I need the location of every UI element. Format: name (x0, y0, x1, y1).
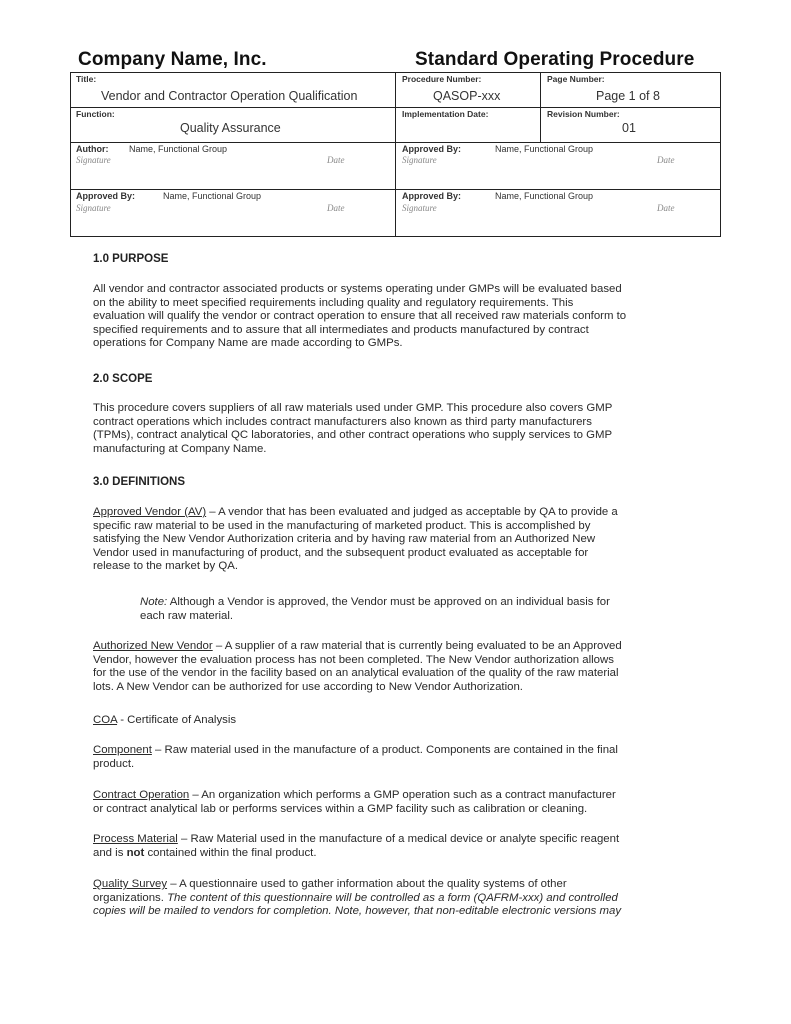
implementation-date-label: Implementation Date: (402, 109, 488, 119)
text-line: specific raw material to be used in the … (93, 520, 705, 534)
section-heading-scope: 2.0 SCOPE (93, 373, 152, 385)
page-number-value: Page 1 of 8 (596, 89, 660, 103)
approver-signature-field[interactable]: Signature (76, 203, 111, 213)
text-line: on the ability to meet specified require… (93, 297, 705, 311)
definition-term: Component (93, 744, 152, 756)
title-label: Title: (76, 74, 96, 84)
author-name: Name, Functional Group (129, 144, 227, 154)
text-line: for the use of the vendor in the facilit… (93, 667, 705, 681)
approver-name: Name, Functional Group (495, 144, 593, 154)
approver-date-field[interactable]: Date (657, 203, 675, 213)
definition-text: – Raw material used in the manufacture o… (152, 744, 618, 756)
definition-text: – A supplier of a raw material that is c… (213, 640, 622, 652)
definition-term: Process Material (93, 833, 178, 845)
function-value: Quality Assurance (180, 121, 281, 135)
definition-contract-operation: Contract Operation – An organization whi… (93, 789, 705, 816)
definition-text: – A questionnaire used to gather informa… (167, 878, 567, 890)
note-text: Although a Vendor is approved, the Vendo… (167, 596, 610, 608)
text-line: satisfying the New Vendor Authorization … (93, 533, 705, 547)
definition-text: organizations. (93, 892, 167, 904)
text-line: Vendor used in manufacturing of product,… (93, 547, 705, 561)
section-heading-definitions: 3.0 DEFINITIONS (93, 476, 185, 488)
approved-vendor-note: Note: Although a Vendor is approved, the… (140, 596, 710, 623)
text-line: or contract analytical lab or performs s… (93, 803, 705, 817)
definition-text: contained within the final product. (144, 847, 316, 859)
text-line: organizations. The content of this quest… (93, 892, 705, 906)
text-line: Authorized New Vendor – A supplier of a … (93, 640, 705, 654)
function-label: Function: (76, 109, 115, 119)
definition-component: Component – Raw material used in the man… (93, 744, 705, 771)
text-line: Component – Raw material used in the man… (93, 744, 705, 758)
approver-name: Name, Functional Group (163, 191, 261, 201)
revision-number-value: 01 (622, 121, 636, 135)
approver-name: Name, Functional Group (495, 191, 593, 201)
page-number-label: Page Number: (547, 74, 605, 84)
definition-quality-survey: Quality Survey – A questionnaire used to… (93, 878, 705, 919)
procedure-number-label: Procedure Number: (402, 74, 481, 84)
company-name: Company Name, Inc. (78, 49, 267, 71)
approver-signature-field[interactable]: Signature (402, 155, 437, 165)
text-line: evaluation will qualify the vendor or co… (93, 310, 705, 324)
approver-label: Approved By: (402, 191, 461, 201)
author-date-field[interactable]: Date (327, 155, 345, 165)
document-page: Company Name, Inc. Standard Operating Pr… (0, 0, 791, 1024)
text-line: Contract Operation – An organization whi… (93, 789, 705, 803)
purpose-paragraph: All vendor and contractor associated pro… (93, 283, 705, 351)
text-line: each raw material. (140, 610, 710, 624)
text-line: specified requirements and to assure tha… (93, 324, 705, 338)
text-line: This procedure covers suppliers of all r… (93, 402, 705, 416)
text-line: operations for Company Name are made acc… (93, 337, 705, 351)
text-line: COA - Certificate of Analysis (93, 714, 705, 728)
author-label: Author: (76, 144, 109, 154)
definition-term: Approved Vendor (AV) (93, 506, 206, 518)
title-value: Vendor and Contractor Operation Qualific… (101, 89, 357, 103)
text-line: All vendor and contractor associated pro… (93, 283, 705, 297)
text-line: (TPMs), contract analytical QC laborator… (93, 429, 705, 443)
definition-term: COA (93, 714, 117, 726)
text-line: lots. A New Vendor can be authorized for… (93, 681, 705, 695)
document-type: Standard Operating Procedure (415, 49, 694, 71)
table-divider (395, 72, 396, 237)
approver-date-field[interactable]: Date (657, 155, 675, 165)
text-line: Quality Survey – A questionnaire used to… (93, 878, 705, 892)
text-line: product. (93, 758, 705, 772)
definition-coa: COA - Certificate of Analysis (93, 714, 705, 728)
text-line: copies will be mailed to vendors for com… (93, 905, 705, 919)
definition-text: – An organization which performs a GMP o… (189, 789, 616, 801)
definition-process-material: Process Material – Raw Material used in … (93, 833, 705, 860)
definition-term: Authorized New Vendor (93, 640, 213, 652)
author-signature-field[interactable]: Signature (76, 155, 111, 165)
italic-text: The content of this questionnaire will b… (167, 892, 618, 904)
approver-signature-field[interactable]: Signature (402, 203, 437, 213)
text-line: Vendor, however the evaluation process h… (93, 654, 705, 668)
revision-number-label: Revision Number: (547, 109, 620, 119)
emphasis-text: not (127, 847, 145, 859)
procedure-number-value: QASOP-xxx (433, 89, 500, 103)
text-line: Note: Although a Vendor is approved, the… (140, 596, 710, 610)
section-heading-purpose: 1.0 PURPOSE (93, 253, 168, 265)
definition-term: Quality Survey (93, 878, 167, 890)
scope-paragraph: This procedure covers suppliers of all r… (93, 402, 705, 456)
text-line: Process Material – Raw Material used in … (93, 833, 705, 847)
definition-term: Contract Operation (93, 789, 189, 801)
text-line: and is not contained within the final pr… (93, 847, 705, 861)
text-line: release to the market by QA. (93, 560, 705, 574)
definition-approved-vendor: Approved Vendor (AV) – A vendor that has… (93, 506, 705, 574)
definition-text: - Certificate of Analysis (117, 714, 236, 726)
table-divider (540, 72, 541, 142)
definition-text: – A vendor that has been evaluated and j… (206, 506, 618, 518)
note-label: Note: (140, 596, 167, 608)
approver-label: Approved By: (402, 144, 461, 154)
approver-label: Approved By: (76, 191, 135, 201)
definition-authorized-new-vendor: Authorized New Vendor – A supplier of a … (93, 640, 705, 694)
approver-date-field[interactable]: Date (327, 203, 345, 213)
definition-text: and is (93, 847, 127, 859)
text-line: Approved Vendor (AV) – A vendor that has… (93, 506, 705, 520)
text-line: contract operations which includes contr… (93, 416, 705, 430)
text-line: manufacturing at Company Name. (93, 443, 705, 457)
definition-text: – Raw Material used in the manufacture o… (178, 833, 619, 845)
